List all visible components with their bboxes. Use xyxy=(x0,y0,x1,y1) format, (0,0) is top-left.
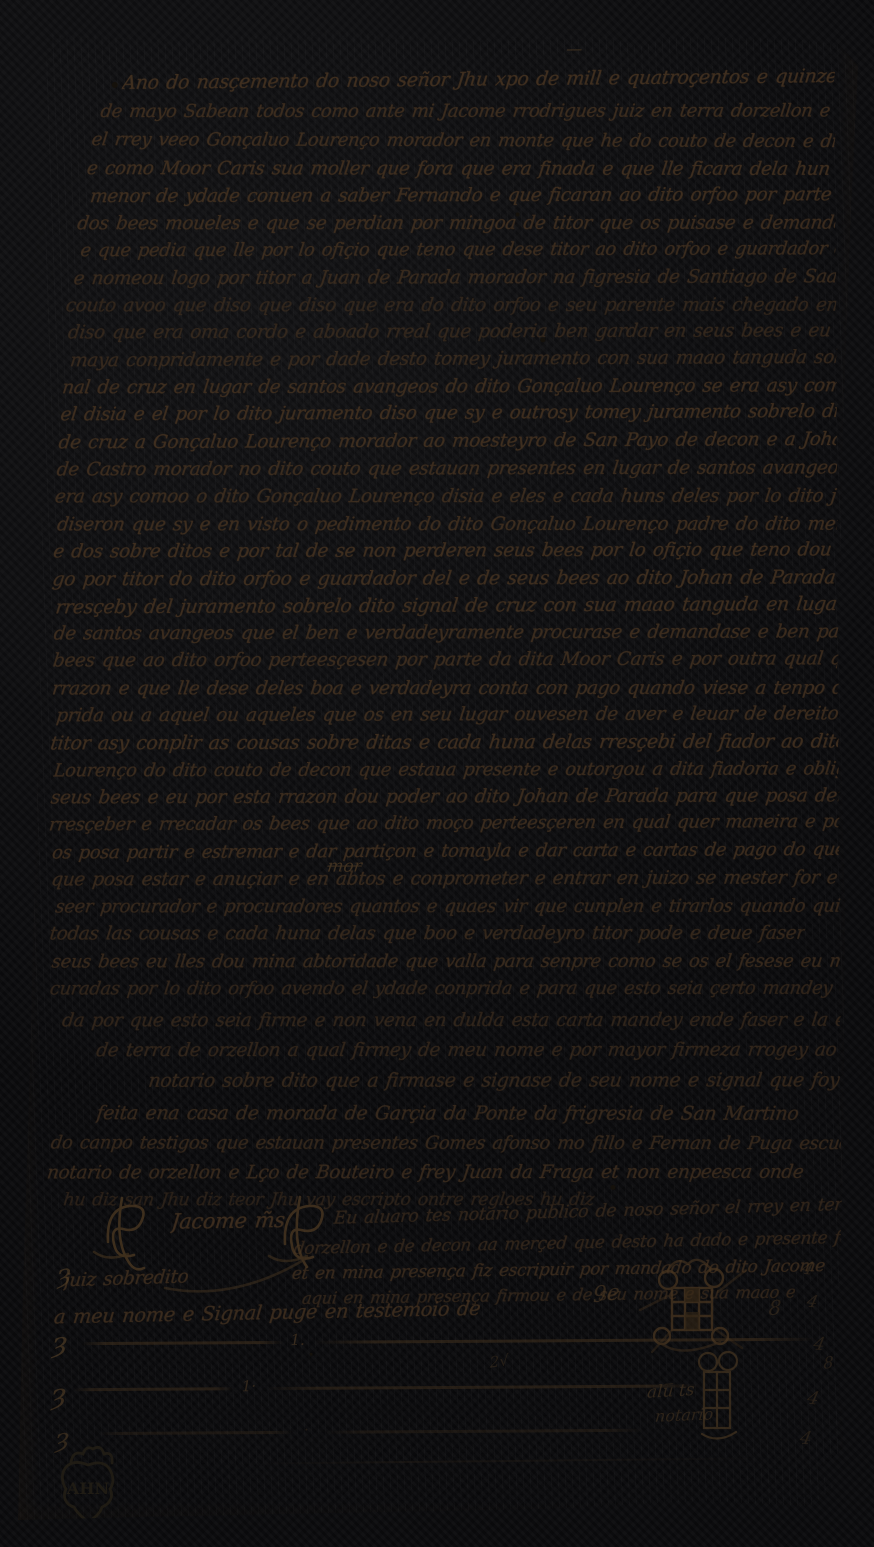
manuscript-line: era asy comoo o dito Gonçaluo Lourenço d… xyxy=(53,486,838,514)
manuscript-line: que posa estar e anuçiar e en abtos e co… xyxy=(49,867,838,896)
ink-blot xyxy=(310,1353,313,1356)
manuscript-line: e que pedia que lle por lo ofiçio que te… xyxy=(78,238,836,267)
marginal-mark: 2√ xyxy=(490,1351,509,1372)
margin-flourish: ȝ xyxy=(51,1377,66,1412)
manuscript-line: rrazon e que lle dese deles boa e verdad… xyxy=(50,678,839,706)
ruled-closing-line xyxy=(324,1429,644,1434)
manuscript-line: os posa partir e estremar e dar partiçon… xyxy=(50,839,840,869)
manuscript-line: titor asy conplir as cousas sobre ditas … xyxy=(48,730,839,759)
rule-marker: 1· xyxy=(242,1377,256,1395)
manuscript-line: de mayo Sabean todos como ante mi Jacome… xyxy=(99,100,836,128)
ruled-closing-line xyxy=(99,1431,294,1435)
rule-marker: 1. xyxy=(290,1331,304,1349)
manuscript-line: rresçeby del juramento sobrelo dito sign… xyxy=(54,593,839,623)
manuscript-line: e nomeou logo por titor a Juan de Parada… xyxy=(72,266,837,295)
manuscript-line: dos bees moueles e que se perdian por mi… xyxy=(75,213,836,241)
ink-blot xyxy=(516,212,520,216)
parchment-sheet: Ano do nasçemento do noso señor Jhu xpo … xyxy=(0,0,874,1547)
marginal-mark: — xyxy=(565,39,583,58)
ruled-closing-line xyxy=(74,1387,234,1391)
judge-paraph-icon xyxy=(88,1192,178,1287)
manuscript-line: couto avoo que diso que diso que era do … xyxy=(64,295,837,323)
manuscript-line: seer procurador e procuradores quantos e… xyxy=(53,896,840,924)
ahn-archive-stamp: AHN xyxy=(55,1440,121,1526)
ink-blot xyxy=(540,337,545,342)
manuscript-line: menor de ydade conuen a saber Fernando e… xyxy=(88,184,836,213)
manuscript-line: prida ou a aquel ou aqueles que os en se… xyxy=(54,703,839,732)
manuscript-line: rresçeber e rrecadar os bees que ao dito… xyxy=(47,811,840,841)
marginal-mark: 4 xyxy=(805,1388,821,1410)
manuscript-line: diseron que sy e en visto o pedimento do… xyxy=(55,514,838,542)
manuscript-line: diso que era oma cordo e aboado rreal qu… xyxy=(66,320,837,349)
ruled-closing-line xyxy=(266,1384,704,1390)
marginal-mark: 8 xyxy=(823,1353,833,1373)
manuscript-line: de santos avangeos que el ben e verdadey… xyxy=(52,621,839,650)
manuscript-line: notario sobre dito que a firmase e signa… xyxy=(147,1069,841,1097)
ruled-closing-line xyxy=(81,1341,283,1345)
manuscript-line: e como Moor Caris sua moller que fora qu… xyxy=(85,158,836,186)
manuscript-line: seus bees e eu por esta rrazon dou poder… xyxy=(49,785,840,814)
manuscript-line: maya conpridamente e por dade desto tome… xyxy=(68,347,837,377)
manuscript-line: nal de cruz en lugar de santos avangeos … xyxy=(60,375,837,404)
ink-blot xyxy=(611,1185,616,1190)
manuscript-line: de Castro morador no dito couto que esta… xyxy=(55,457,838,486)
marginal-mark: 8 xyxy=(768,1295,782,1320)
marginal-mark: 4 xyxy=(805,1292,820,1313)
stamp-letters: AHN xyxy=(66,1479,109,1498)
rule-marker: · xyxy=(304,1421,309,1439)
manuscript-line: da por que esto seia firme e non vena en… xyxy=(60,1010,841,1038)
manuscript-line: curadas por lo dito orfoo avendo el ydad… xyxy=(48,978,841,1006)
manuscript-line: de terra de orzellon a qual firmey de me… xyxy=(94,1039,837,1067)
notary-paraph-icon xyxy=(255,1192,485,1322)
margin-flourish: ȝ xyxy=(57,1258,71,1290)
marginal-mark: alu̅ ts xyxy=(646,1380,695,1403)
manuscript-line: notario de orzellon e Lço de Bouteiro e … xyxy=(45,1162,805,1190)
manuscript-line: el disia e el por lo dito juramento diso… xyxy=(59,401,838,431)
manuscript-line: seus bees eu lles dou mina abtoridade qu… xyxy=(50,951,841,979)
manuscript-line: do canpo testigos que estauan presentes … xyxy=(49,1132,842,1160)
manuscript-photo: Ano do nasçemento do noso señor Jhu xpo … xyxy=(0,0,874,1547)
marginal-mark: 4 xyxy=(798,1428,813,1450)
manuscript-line: go por titor do dito orfoo e guardador d… xyxy=(50,566,838,595)
manuscript-line: Ano do nasçemento do noso señor Jhu xpo … xyxy=(121,65,836,99)
manuscript-line: de cruz a Gonçaluo Lourenço morador ao m… xyxy=(57,429,838,459)
marginal-mark: 9e xyxy=(593,1280,620,1308)
ink-blot xyxy=(112,82,118,88)
small-notarial-sign-icon xyxy=(692,1350,746,1445)
manuscript-line: todas las cousas e cada huna delas que b… xyxy=(48,923,806,951)
margin-flourish: ȝ xyxy=(52,1325,68,1359)
manuscript-line: el rrey veeo Gonçaluo Lourenço morador e… xyxy=(90,129,836,158)
manuscript-line: feita ena casa de morada de Garçia da Po… xyxy=(95,1102,800,1130)
manuscript-line: e dos sobre ditos e por tal de se non pe… xyxy=(51,539,838,568)
manuscript-line: Lourenço do dito couto de decon que esta… xyxy=(52,758,840,787)
marginal-mark: mor xyxy=(326,856,363,876)
manuscript-line: bees que ao dito orfoo perteesçesen por … xyxy=(51,648,839,677)
